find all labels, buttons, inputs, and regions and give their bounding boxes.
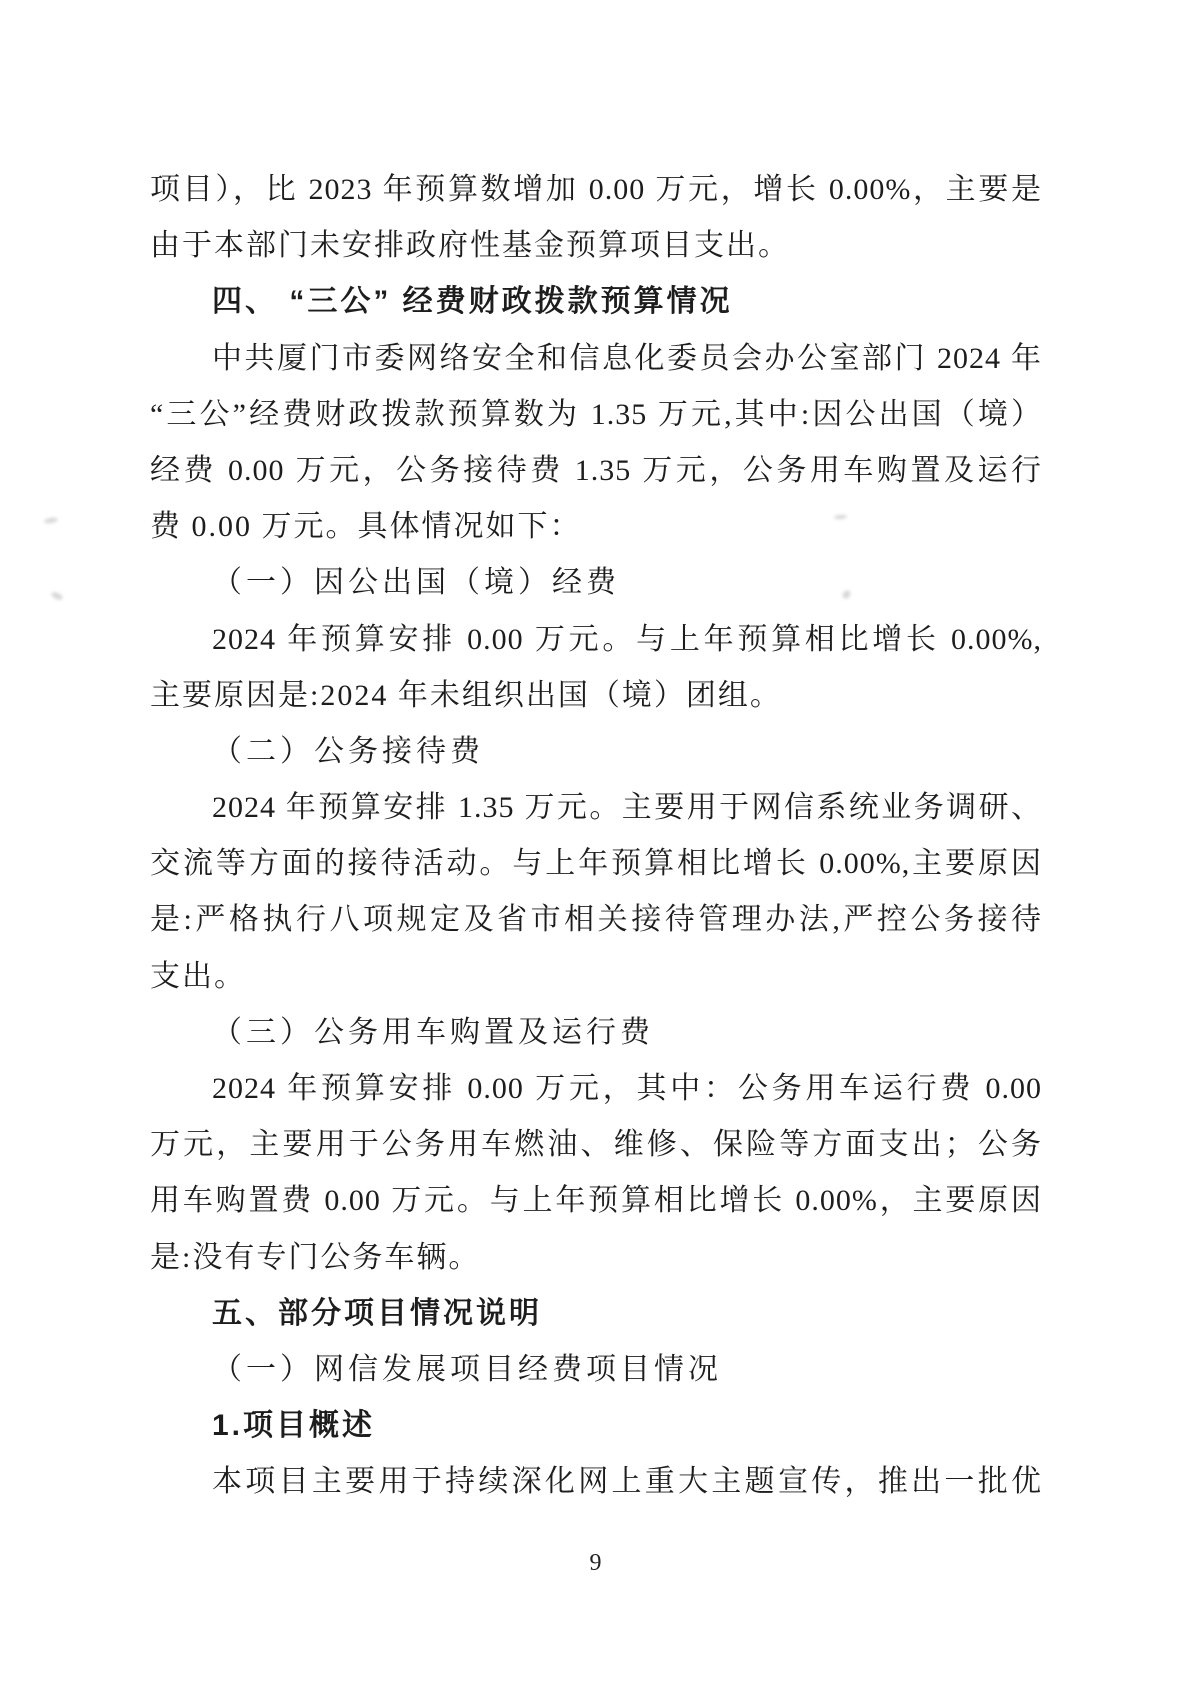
scan-artifact (50, 591, 63, 602)
text-line: 四、 “三公” 经费财政拨款预算情况 (150, 274, 1042, 330)
text-line: 中共厦门市委网络安全和信息化委员会办公室部门 2024 年 (150, 331, 1042, 387)
page-number: 9 (0, 1550, 1191, 1577)
text-line: 本项目主要用于持续深化网上重大主题宣传，推出一批优 (150, 1454, 1042, 1510)
text-line: 是:没有专门公务车辆。 (150, 1230, 1042, 1286)
text-line: 支出。 (150, 949, 1042, 1005)
text-line: 项目），比 2023 年预算数增加 0.00 万元，增长 0.00%，主要是 (150, 162, 1042, 218)
text-line: 主要原因是:2024 年未组织出国（境）团组。 (150, 668, 1042, 724)
text-line: 经费 0.00 万元，公务接待费 1.35 万元，公务用车购置及运行 (150, 443, 1042, 499)
text-line: （二）公务接待费 (150, 724, 1042, 780)
text-line: 费 0.00 万元。具体情况如下： (150, 499, 1042, 555)
text-line: （三）公务用车购置及运行费 (150, 1005, 1042, 1061)
text-line: 五、部分项目情况说明 (150, 1286, 1042, 1342)
text-line: （一）因公出国（境）经费 (150, 555, 1042, 611)
text-line: （一）网信发展项目经费项目情况 (150, 1342, 1042, 1398)
text-line: 万元，主要用于公务用车燃油、维修、保险等方面支出；公务 (150, 1117, 1042, 1173)
text-line: “三公”经费财政拨款预算数为 1.35 万元,其中:因公出国（境） (150, 387, 1042, 443)
text-line: 2024 年预算安排 0.00 万元，其中：公务用车运行费 0.00 (150, 1061, 1042, 1117)
text-line: 用车购置费 0.00 万元。与上年预算相比增长 0.00%，主要原因 (150, 1173, 1042, 1229)
text-line: 1.项目概述 (150, 1398, 1042, 1454)
scan-artifact (44, 517, 59, 524)
text-line: 交流等方面的接待活动。与上年预算相比增长 0.00%,主要原因 (150, 836, 1042, 892)
document-body: 项目），比 2023 年预算数增加 0.00 万元，增长 0.00%，主要是由于… (150, 162, 1042, 1511)
text-line: 2024 年预算安排 0.00 万元。与上年预算相比增长 0.00%, (150, 612, 1042, 668)
text-line: 是:严格执行八项规定及省市相关接待管理办法,严控公务接待 (150, 892, 1042, 948)
document-page: 项目），比 2023 年预算数增加 0.00 万元，增长 0.00%，主要是由于… (0, 0, 1191, 1684)
text-line: 由于本部门未安排政府性基金预算项目支出。 (150, 218, 1042, 274)
text-line: 2024 年预算安排 1.35 万元。主要用于网信系统业务调研、 (150, 780, 1042, 836)
